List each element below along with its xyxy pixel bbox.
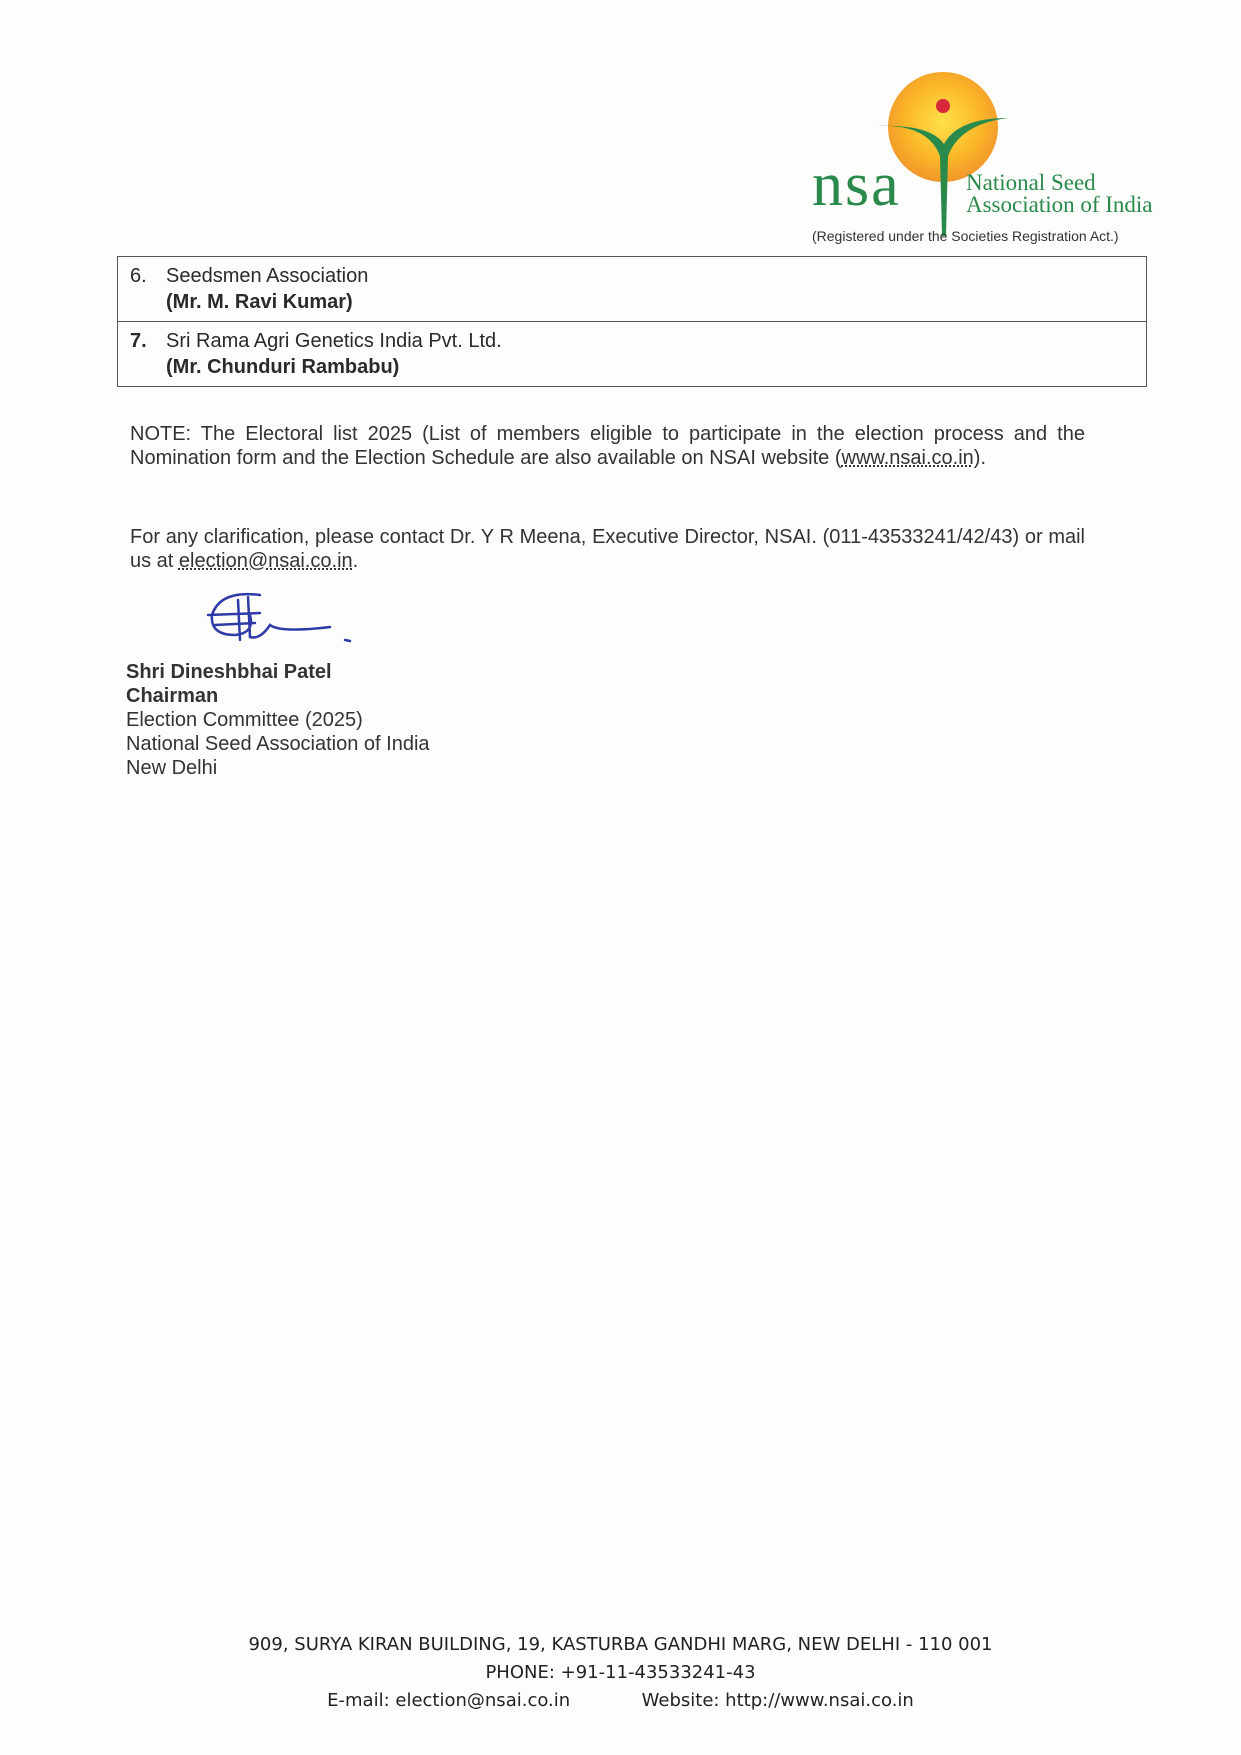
representative-name: (Mr. Chunduri Rambabu) xyxy=(166,354,1134,380)
signatory-name: Shri Dineshbhai Patel xyxy=(126,660,430,684)
representative-name: (Mr. M. Ravi Kumar) xyxy=(166,289,1134,315)
org-name: National Seed Association of India xyxy=(966,172,1153,216)
contact-text-end: . xyxy=(353,550,359,572)
table-row: 6. Seedsmen Association (Mr. M. Ravi Kum… xyxy=(118,257,1147,322)
signatory-committee: Election Committee (2025) xyxy=(126,708,430,732)
nsai-logo: nsa National Seed Association of India (… xyxy=(808,66,1188,246)
organization-name: Sri Rama Agri Genetics India Pvt. Ltd. xyxy=(166,328,1134,354)
signatory-title: Chairman xyxy=(126,684,430,708)
footer-address: 909, SURYA KIRAN BUILDING, 19, KASTURBA … xyxy=(0,1634,1241,1655)
contact-paragraph: For any clarification, please contact Dr… xyxy=(130,525,1085,573)
email-link[interactable]: election@nsai.co.in xyxy=(179,550,353,572)
organization-name: Seedsmen Association xyxy=(166,263,1134,289)
footer-phone: PHONE: +91-11-43533241-43 xyxy=(0,1662,1241,1683)
registration-note: (Registered under the Societies Registra… xyxy=(812,228,1119,244)
row-content: Sri Rama Agri Genetics India Pvt. Ltd. (… xyxy=(154,322,1147,387)
signatory-city: New Delhi xyxy=(126,756,430,780)
row-number: 6. xyxy=(118,257,155,322)
note-paragraph: NOTE: The Electoral list 2025 (List of m… xyxy=(130,422,1085,470)
table-row: 7. Sri Rama Agri Genetics India Pvt. Ltd… xyxy=(118,322,1147,387)
website-link[interactable]: www.nsai.co.in xyxy=(842,447,974,469)
org-name-line2: Association of India xyxy=(966,194,1153,216)
org-name-line1: National Seed xyxy=(966,172,1153,194)
row-number: 7. xyxy=(118,322,155,387)
members-table: 6. Seedsmen Association (Mr. M. Ravi Kum… xyxy=(117,256,1147,387)
logo-acronym: nsa xyxy=(812,154,901,216)
signatory-block: Shri Dineshbhai Patel Chairman Election … xyxy=(126,660,430,780)
signatory-organization: National Seed Association of India xyxy=(126,732,430,756)
footer-contact: E-mail: election@nsai.co.in Website: htt… xyxy=(0,1690,1241,1711)
note-text-end: ). xyxy=(974,447,986,469)
signature-icon xyxy=(200,585,380,665)
footer-email[interactable]: E-mail: election@nsai.co.in xyxy=(327,1690,570,1711)
footer-website[interactable]: Website: http://www.nsai.co.in xyxy=(642,1690,914,1711)
row-content: Seedsmen Association (Mr. M. Ravi Kumar) xyxy=(154,257,1147,322)
